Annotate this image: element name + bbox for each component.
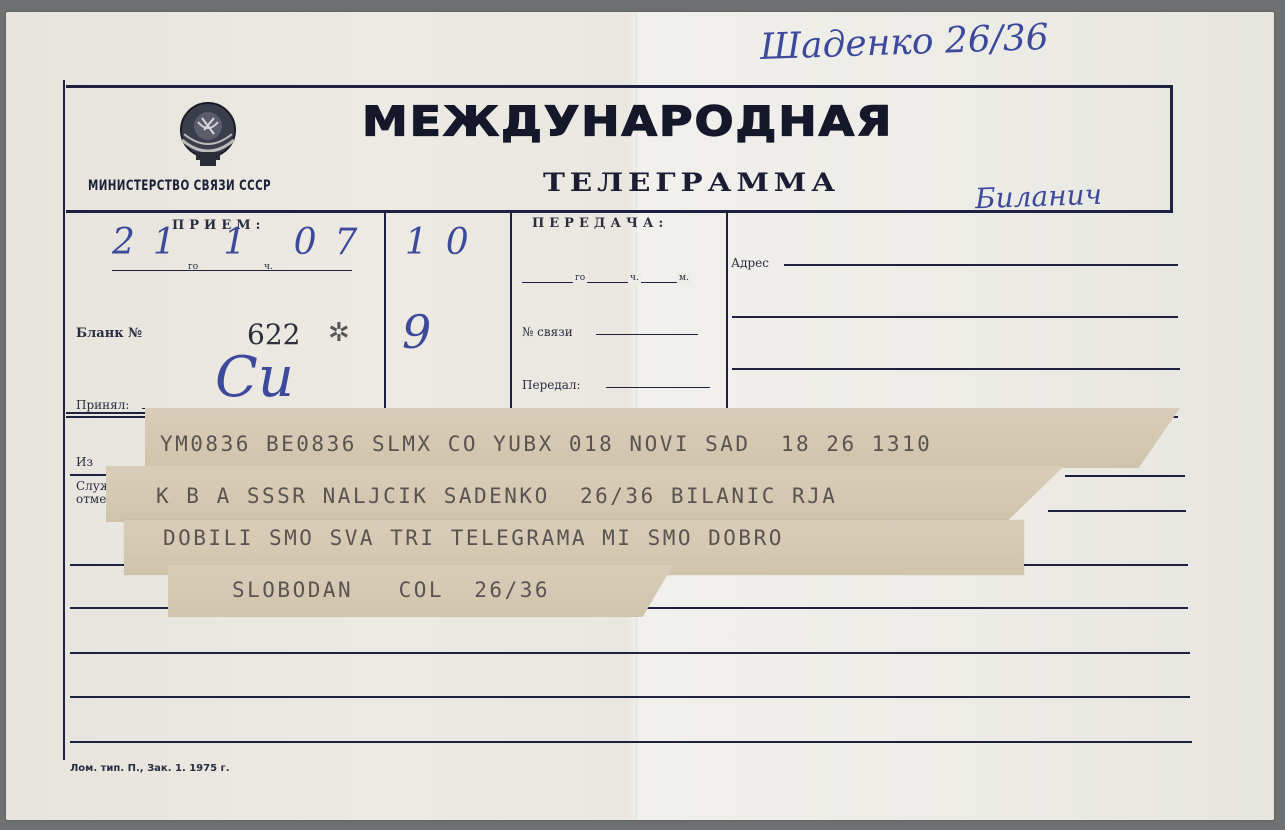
handwritten-column-mark: 9	[402, 305, 431, 359]
body-line-5	[70, 652, 1190, 654]
address-line-1	[784, 264, 1178, 266]
header-top-border	[66, 85, 1172, 88]
transmission-time-line	[522, 282, 690, 283]
asterisk-stamp-icon: ✲	[328, 318, 350, 348]
address-label: Адрес	[731, 256, 769, 270]
body-line-1	[1065, 475, 1185, 477]
service-notes-label: Служ отме	[76, 480, 111, 506]
body-line-7	[70, 741, 1192, 743]
body-line-6	[70, 696, 1190, 698]
tape-line-2: K B A SSSR NALJCIK SADENKO 26/36 BILANIC…	[156, 484, 837, 508]
printer-imprint: Лом. тип. П., Зак. 1. 1975 г.	[70, 763, 230, 774]
transmission-right-divider	[726, 213, 728, 415]
transmission-label-minute: ч.	[628, 273, 641, 283]
left-border	[63, 80, 65, 760]
sent-by-line	[606, 387, 710, 388]
header-right-border	[1170, 85, 1173, 213]
ussr-emblem-icon	[170, 100, 246, 170]
address-line-2	[732, 316, 1178, 318]
transmission-heading: ПЕРЕДАЧА:	[532, 216, 668, 231]
reception-time-line	[112, 270, 352, 271]
transmission-label-second: м.	[677, 273, 691, 283]
blank-label: Бланк №	[76, 326, 142, 341]
body-line-2	[1048, 510, 1186, 512]
handwritten-signature: Си	[215, 345, 294, 410]
ministry-name: МИНИСТЕРСТВО СВЯЗИ СССР	[88, 178, 271, 194]
tape-line-1: YM0836 BE0836 SLMX CO YUBX 018 NOVI SAD …	[160, 432, 932, 456]
transmission-label-hour: го	[573, 273, 587, 283]
sent-by-label: Передал:	[522, 378, 581, 392]
link-number-line	[596, 334, 698, 335]
received-by-label: Принял:	[76, 398, 129, 412]
address-line-3	[732, 368, 1180, 370]
tape-line-4: SLOBODAN COL 26/36	[232, 578, 550, 602]
reception-time-handwritten: 21 1 07 10	[112, 222, 487, 263]
reception-label-hour: го	[188, 262, 198, 272]
from-label: Из	[76, 455, 93, 469]
reception-label-minute: ч.	[264, 262, 273, 272]
handwritten-name: Биланич	[974, 178, 1102, 215]
tape-line-3: DOBILI SMO SVA TRI TELEGRAMA MI SMO DOBR…	[163, 526, 784, 550]
form-title: МЕЖДУНАРОДНАЯ	[362, 98, 893, 146]
transmission-left-divider	[510, 213, 512, 413]
form-subtitle: ТЕЛЕГРАММА	[543, 168, 840, 198]
link-number-label: № связи	[522, 325, 573, 339]
